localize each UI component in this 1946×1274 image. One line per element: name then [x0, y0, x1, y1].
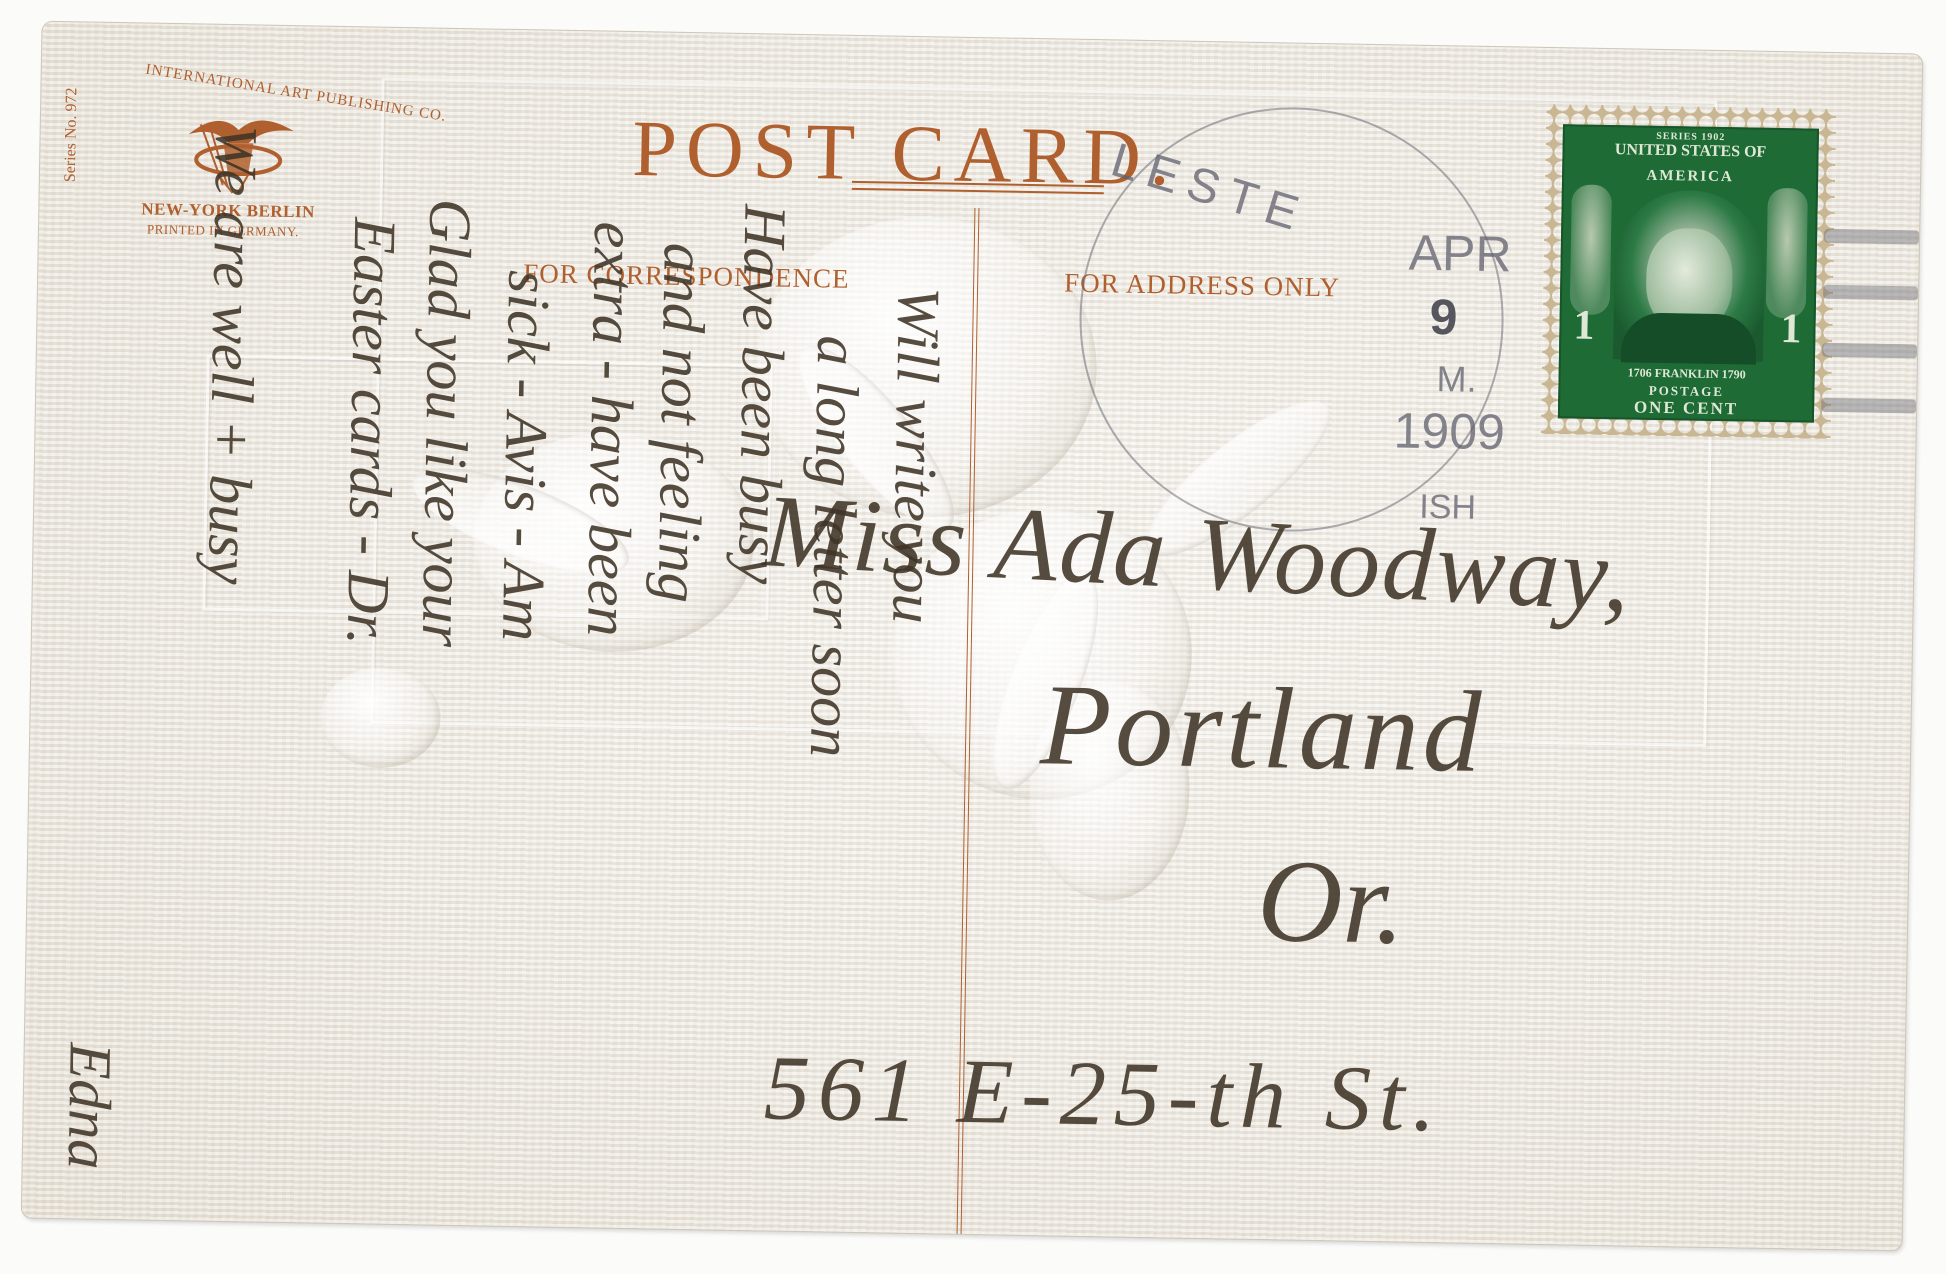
stamp-portrait-coat	[1621, 312, 1757, 364]
stamp-year-born: 1706	[1628, 365, 1652, 379]
stamp-figure-right-icon	[1766, 188, 1808, 319]
stamp-figure-left-icon	[1570, 184, 1612, 315]
address-city: Portland	[1039, 659, 1486, 800]
embossed-bud	[320, 667, 442, 769]
message-line: We are well + busy	[194, 124, 271, 584]
postmark-month: APR	[1408, 224, 1512, 284]
message-signature: Edna	[54, 1042, 125, 1170]
address-state: Or.	[1256, 833, 1406, 972]
postcard: INTERNATIONAL ART PUBLISHING CO. NEW-YOR…	[22, 22, 1923, 1251]
cancellation-bar	[1824, 229, 1919, 245]
message-line: sick - Avis - Am	[488, 270, 563, 642]
message-line: a long letter soon	[796, 335, 872, 758]
message-line: Glad you like your	[408, 198, 485, 647]
postmark-time: M.	[1436, 358, 1477, 401]
postage-stamp: SERIES 1902 UNITED STATES OF AMERICA 1 1…	[1558, 124, 1819, 422]
message-line: and not feeling	[644, 242, 719, 603]
cancellation-bar	[1823, 285, 1918, 301]
stamp-value-left: 1	[1573, 301, 1595, 349]
postmark-day: 9	[1429, 288, 1458, 346]
cancellation-bar	[1822, 343, 1917, 359]
cancellation-bar	[1821, 398, 1916, 414]
stamp-name: FRANKLIN	[1655, 366, 1719, 381]
stamp-country-2: AMERICA	[1564, 166, 1816, 187]
series-number: Series No. 972	[62, 87, 82, 182]
stamp-year-died: 1790	[1722, 367, 1746, 381]
stamp-country: UNITED STATES OF	[1564, 140, 1816, 162]
address-street: 561 E-25-th St.	[763, 1034, 1444, 1152]
message-line: extra - have been	[573, 221, 649, 637]
stamp-value-text: ONE CENT	[1560, 396, 1812, 420]
message-line: Have been busy	[724, 204, 800, 585]
stamp-value-right: 1	[1780, 305, 1802, 353]
message-line: Easter cards - Dr.	[333, 217, 409, 646]
stamp-portrait-caption: 1706 FRANKLIN 1790	[1561, 364, 1813, 383]
postmark-year: 1909	[1393, 401, 1505, 461]
message-line: Will write you	[878, 286, 953, 624]
